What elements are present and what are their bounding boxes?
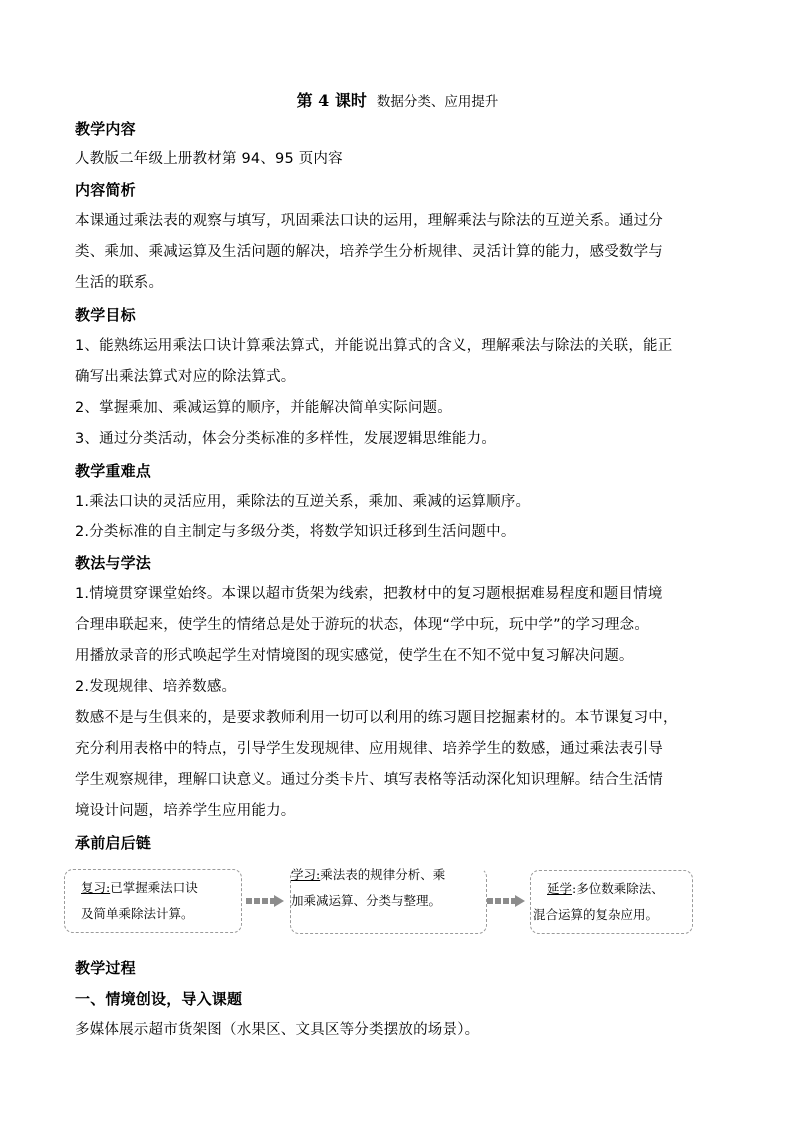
heading-link: 承前启后链 bbox=[75, 833, 151, 853]
subheading-process-1: 一、情境创设，导入课题 bbox=[75, 989, 242, 1009]
arrow-right-icon bbox=[487, 895, 527, 907]
heading-key-points: 教学重难点 bbox=[75, 461, 151, 481]
arrow-right-icon bbox=[246, 895, 286, 907]
goal-line: 确写出乘法算式对应的除法算式。 bbox=[75, 367, 296, 387]
process-text: 多媒体展示超市货架图（水果区、文具区等分类摆放的场景）。 bbox=[75, 1020, 479, 1040]
heading-analysis: 内容简析 bbox=[75, 180, 136, 200]
flow-box-learn: 学习:乘法表的规律分析、乘 加乘减运算、分类与整理。 bbox=[290, 868, 487, 934]
method-line: 境设计问题，培养学生应用能力。 bbox=[75, 801, 296, 821]
method-line: 学生观察规律，理解口诀意义。通过分类卡片、填写表格等活动深化知识理解。结合生活情 bbox=[75, 770, 663, 790]
box-text: 已掌握乘法口诀 bbox=[110, 880, 198, 895]
goal-line: 3、通过分类活动，体会分类标准的多样性，发展逻辑思维能力。 bbox=[75, 429, 496, 449]
method-line: 充分利用表格中的特点，引导学生发现规律、应用规律、培养学生的数感，通过乘法表引导 bbox=[75, 739, 663, 759]
analysis-line: 本课通过乘法表的观察与填写，巩固乘法口诀的运用，理解乘法与除法的互逆关系。通过分 bbox=[75, 211, 663, 231]
method-line: 1.情境贯穿课堂始终。本课以超市货架为线索，把教材中的复习题根据难易程度和题目情… bbox=[75, 584, 663, 604]
key-point-line: 1.乘法口诀的灵活应用，乘除法的互逆关系，乘加、乘减的运算顺序。 bbox=[75, 492, 530, 512]
box-text: :多位数乘除法、 bbox=[572, 881, 664, 896]
method-line: 合理串联起来，使学生的情绪总是处于游玩的状态，体现“学中玩，玩中学”的学习理念。 bbox=[75, 615, 649, 635]
analysis-line: 生活的联系。 bbox=[75, 273, 163, 293]
method-line: 2.发现规律、培养数感。 bbox=[75, 677, 236, 697]
heading-content: 教学内容 bbox=[75, 119, 136, 139]
flow-box-extend: 延学:多位数乘除法、 混合运算的复杂应用。 bbox=[530, 870, 693, 934]
title-sub: 数据分类、应用提升 bbox=[377, 94, 499, 110]
goal-line: 2、掌握乘加、乘减运算的顺序，并能解决简单实际问题。 bbox=[75, 398, 452, 418]
heading-goals: 教学目标 bbox=[75, 305, 136, 325]
box-label: 延学 bbox=[547, 881, 572, 896]
content-text: 人教版二年级上册教材第 94、95 页内容 bbox=[75, 149, 343, 169]
goal-line: 1、能熟练运用乘法口诀计算乘法算式，并能说出算式的含义，理解乘法与除法的关联，能… bbox=[75, 336, 672, 356]
title-main: 第 4 课时 bbox=[297, 91, 367, 110]
box-text: 加乘减运算、分类与整理。 bbox=[291, 888, 480, 914]
key-point-line: 2.分类标准的自主制定与多级分类，将数学知识迁移到生活问题中。 bbox=[75, 522, 516, 542]
box-label: 学习: bbox=[291, 867, 320, 882]
method-line: 用播放录音的形式唤起学生对情境图的现实感觉，使学生在不知不觉中复习解决问题。 bbox=[75, 646, 634, 666]
heading-process: 教学过程 bbox=[75, 958, 136, 978]
flow-box-review: 复习:已掌握乘法口诀 及简单乘除法计算。 bbox=[64, 869, 242, 933]
box-text: 及简单乘除法计算。 bbox=[81, 901, 235, 927]
box-label: 复习: bbox=[81, 880, 110, 895]
analysis-line: 类、乘加、乘减运算及生活问题的解决，培养学生分析规律、灵活计算的能力，感受数学与 bbox=[75, 242, 663, 262]
lesson-title: 第 4 课时数据分类、应用提升 bbox=[75, 88, 720, 111]
box-text: 混合运算的复杂应用。 bbox=[533, 902, 686, 928]
heading-methods: 教法与学法 bbox=[75, 553, 151, 573]
box-text: 乘法表的规律分析、乘 bbox=[320, 867, 445, 882]
method-line: 数感不是与生俱来的，是要求教师利用一切可以利用的练习题目挖掘素材的。本节课复习中… bbox=[75, 708, 678, 728]
